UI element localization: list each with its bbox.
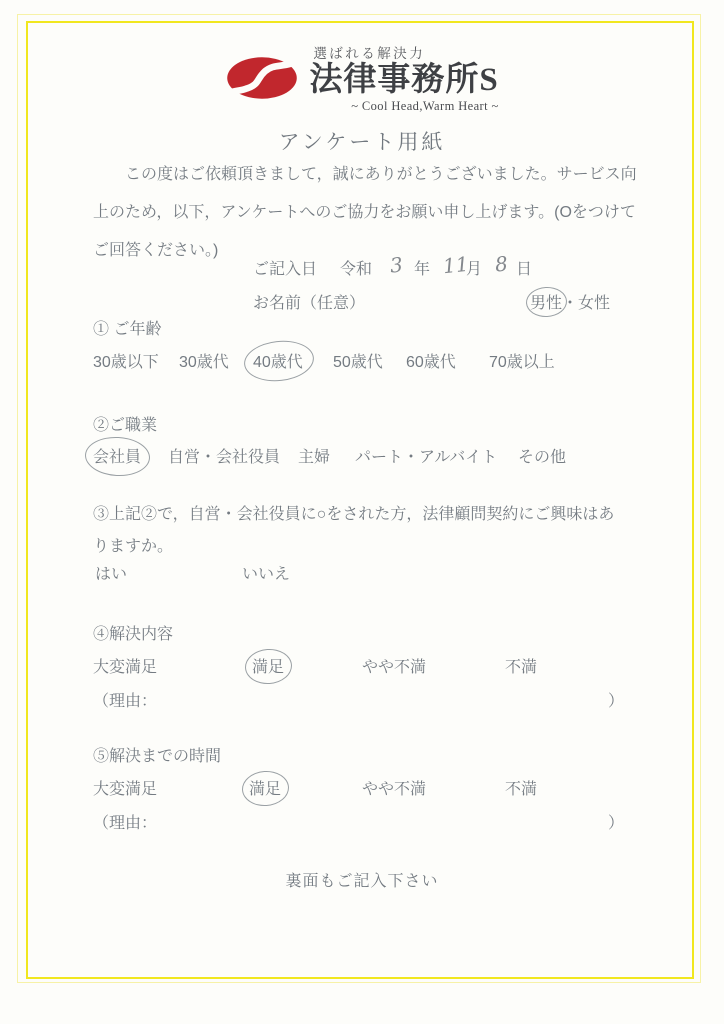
q4-option-very-satisfied: 大変満足: [93, 654, 157, 677]
q2-option-other: その他: [518, 444, 566, 467]
logo-text: 選ばれる解決力 法律事務所S ~ Cool Head,Warm Heart ~: [309, 42, 498, 114]
q4-option-satisfied: 満足: [252, 659, 284, 676]
logo-tagline: 選ばれる解決力: [309, 42, 498, 62]
q2-heading: ②ご職業: [93, 412, 157, 435]
q5-reason-label: （理由：: [93, 810, 157, 833]
q1-option-30s: 30歳代: [179, 349, 229, 372]
q3-heading: ③上記②で，自営・会社役員に○をされた方，法律顧問契約にご興味はありますか。: [93, 499, 615, 563]
era-label: 令和: [340, 256, 372, 279]
q1-option-under30: 30歳以下: [93, 349, 159, 372]
logo-subtitle: ~ Cool Head,Warm Heart ~: [309, 99, 498, 114]
q2-option-self-employed: 自営・会社役員: [168, 444, 280, 467]
date-label: ご記入日: [253, 256, 317, 279]
gender-options: 男性 ・女性: [530, 290, 610, 313]
q5-option-satisfied-circled: 満足: [249, 776, 281, 799]
q3-option-no: いいえ: [242, 561, 290, 584]
q3-options: はい いいえ: [0, 561, 724, 591]
q1-heading: ① ご年齢: [93, 316, 161, 339]
q1-options: 30歳以下 30歳代 40歳代 50歳代 60歳代 70歳以上: [0, 349, 724, 379]
q5-reason-close: ）: [608, 810, 624, 833]
gender-female: 女性: [578, 295, 610, 312]
scanned-survey-page: 選ばれる解決力 法律事務所S ~ Cool Head,Warm Heart ~ …: [0, 0, 724, 1024]
q4-options: 大変満足 満足 やや不満 不満: [0, 654, 724, 684]
q4-option-somewhat-dissatisfied: やや不満: [362, 654, 426, 677]
q1-option-40s: 40歳代: [253, 354, 303, 371]
q4-option-dissatisfied: 不満: [505, 654, 537, 677]
handwritten-day: 8: [494, 251, 509, 276]
logo-name: 法律事務所S: [309, 62, 498, 99]
q1-option-40s-circled: 40歳代: [253, 349, 303, 372]
q1-option-over70: 70歳以上: [489, 349, 555, 372]
q4-reason-label: （理由：: [93, 688, 157, 711]
q5-option-satisfied: 満足: [249, 781, 281, 798]
q3-option-yes: はい: [95, 561, 127, 584]
q4-heading: ④解決内容: [93, 621, 173, 644]
q2-option-employee-circled: 会社員: [93, 444, 141, 467]
q4-reason-close: ）: [608, 688, 624, 711]
date-line: ご記入日 令和 3 年 11 月 8 日: [0, 256, 724, 286]
footer-note: 裏面もご記入下さい: [0, 868, 724, 891]
form-title: アンケート用紙: [0, 126, 724, 156]
q5-option-very-satisfied: 大変満足: [93, 776, 157, 799]
q2-option-employee: 会社員: [93, 449, 141, 466]
year-suffix: 年: [414, 256, 430, 279]
name-label: お名前（任意）: [253, 290, 365, 313]
day-suffix: 日: [516, 256, 532, 279]
month-suffix: 月: [466, 256, 482, 279]
q5-reason-line: （理由： ）: [0, 810, 724, 840]
q1-option-60s: 60歳代: [406, 349, 456, 372]
q5-option-dissatisfied: 不満: [505, 776, 537, 799]
gender-male: 男性: [530, 295, 562, 312]
intro-paragraph: この度はご依頼頂きまして，誠にありがとうございました。サービス向上のため，以下，…: [93, 156, 641, 270]
handwritten-circle-male: 男性: [530, 290, 562, 313]
handwritten-year: 3: [389, 252, 404, 277]
q2-option-parttime: パート・アルバイト: [355, 444, 497, 467]
q5-heading: ⑤解決までの時間: [93, 743, 221, 766]
q5-option-somewhat-dissatisfied: やや不満: [362, 776, 426, 799]
law-firm-logo: 選ばれる解決力 法律事務所S ~ Cool Head,Warm Heart ~: [0, 42, 724, 114]
s-swirl-logo-icon: [225, 46, 299, 110]
q5-options: 大変満足 満足 やや不満 不満: [0, 776, 724, 806]
q2-options: 会社員 自営・会社役員 主婦 パート・アルバイト その他: [0, 444, 724, 474]
q2-option-housewife: 主婦: [298, 444, 330, 467]
q4-reason-line: （理由： ）: [0, 688, 724, 718]
q4-option-satisfied-circled: 満足: [252, 654, 284, 677]
q1-option-50s: 50歳代: [333, 349, 383, 372]
